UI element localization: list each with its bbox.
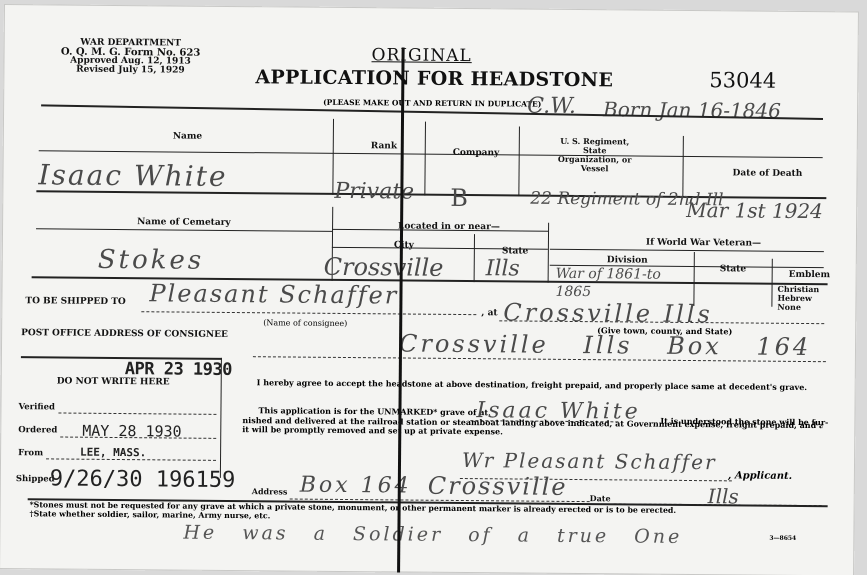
consignee-caption: (Name of consignee) — [263, 318, 347, 328]
consignee-value[interactable]: Pleasant Schaffer — [149, 279, 398, 309]
emblem-label: Emblem — [789, 270, 830, 280]
revised-date: Revised July 15, 1929 — [55, 65, 205, 75]
form-code: 3—8654 — [769, 535, 796, 542]
division-value[interactable]: War of 1861-to 1865 — [555, 265, 695, 302]
accept-text: I hereby agree to accept the headstone a… — [257, 377, 807, 392]
date-of-death-value[interactable]: Mar 1st 1924 — [686, 198, 823, 223]
unmarked-paragraph-line3: it will be promptly removed and set up a… — [242, 424, 503, 436]
remark-handwritten: He was a Soldier of a true One — [183, 522, 682, 548]
rule-row1-mid — [39, 150, 823, 158]
from-label: From — [18, 448, 43, 458]
po-address-value[interactable]: Crossville Ills Box 164 — [399, 329, 811, 361]
ww-state-label: State — [720, 264, 746, 274]
ship-to-label: TO BE SHIPPED TO — [25, 296, 125, 307]
address-value[interactable]: Box 164 — [300, 473, 412, 499]
ordered-label: Ordered — [18, 425, 57, 435]
rule-ww — [550, 249, 824, 252]
city-value[interactable]: Crossville — [324, 253, 444, 282]
col-divider — [474, 234, 475, 282]
division-label: Division — [607, 255, 648, 265]
form-subtitle: (PLEASE MAKE OUT AND RETURN IN DUPLICATE… — [323, 98, 541, 109]
at-label: , at — [481, 308, 497, 318]
emblem-none[interactable]: None — [777, 303, 819, 312]
rank-label: Rank — [371, 141, 397, 151]
verified-label: Verified — [18, 402, 55, 412]
do-not-write-label: DO NOT WRITE HERE — [57, 376, 170, 387]
form-header-block: WAR DEPARTMENT O. Q. M. G. Form No. 623 … — [55, 38, 205, 75]
col-divider — [424, 122, 426, 196]
col-divider — [518, 126, 520, 196]
shipped-value: 9/26/30 196159 — [50, 466, 236, 493]
cemetery-label: Name of Cemetary — [137, 217, 231, 228]
state-value[interactable]: Ills — [486, 256, 520, 281]
ship-to-line — [141, 311, 476, 315]
po-address-label: POST OFFICE ADDRESS OF CONSIGNEE — [21, 328, 228, 340]
located-label: Located in or near— — [398, 221, 500, 232]
col-divider — [771, 259, 772, 307]
col-divider — [682, 136, 684, 198]
original-label: ORIGINAL — [371, 45, 471, 66]
from-value: LEE, MASS. — [80, 446, 146, 460]
born-annotation: Born Jan 16-1846 — [603, 97, 781, 123]
company-label: Company — [453, 148, 500, 158]
company-value[interactable]: B — [450, 184, 468, 212]
state-label: State — [502, 246, 528, 256]
serial-number: 53044 — [709, 68, 776, 93]
form-title: APPLICATION FOR HEADSTONE — [255, 66, 613, 91]
destination-value[interactable]: Crossville Ills — [503, 298, 713, 328]
city-label: City — [394, 240, 414, 250]
headstone-application-card: WAR DEPARTMENT O. Q. M. G. Form No. 623 … — [0, 4, 859, 575]
name-value[interactable]: Isaac White — [38, 158, 227, 193]
applicant-label: , Applicant. — [728, 470, 792, 482]
emblem-options: Christian Hebrew None — [777, 285, 819, 312]
address-city-value[interactable]: Crossville — [428, 472, 568, 501]
regiment-label: U. S. Regiment, State Organization, or V… — [555, 137, 635, 174]
ww-veteran-label: If World War Veteran— — [646, 238, 761, 249]
applicant-signature[interactable]: Wr Pleasant Schaffer — [462, 448, 717, 474]
date-label: Date — [590, 493, 611, 503]
rule-row2-mid — [36, 228, 332, 232]
date-of-death-label: Date of Death — [733, 168, 803, 179]
col-divider — [548, 223, 550, 283]
address-label: Address — [252, 486, 288, 496]
name-label: Name — [173, 131, 202, 141]
ordered-value: MAY 28 1930 — [82, 422, 181, 441]
cemetery-value[interactable]: Stokes — [98, 245, 205, 276]
